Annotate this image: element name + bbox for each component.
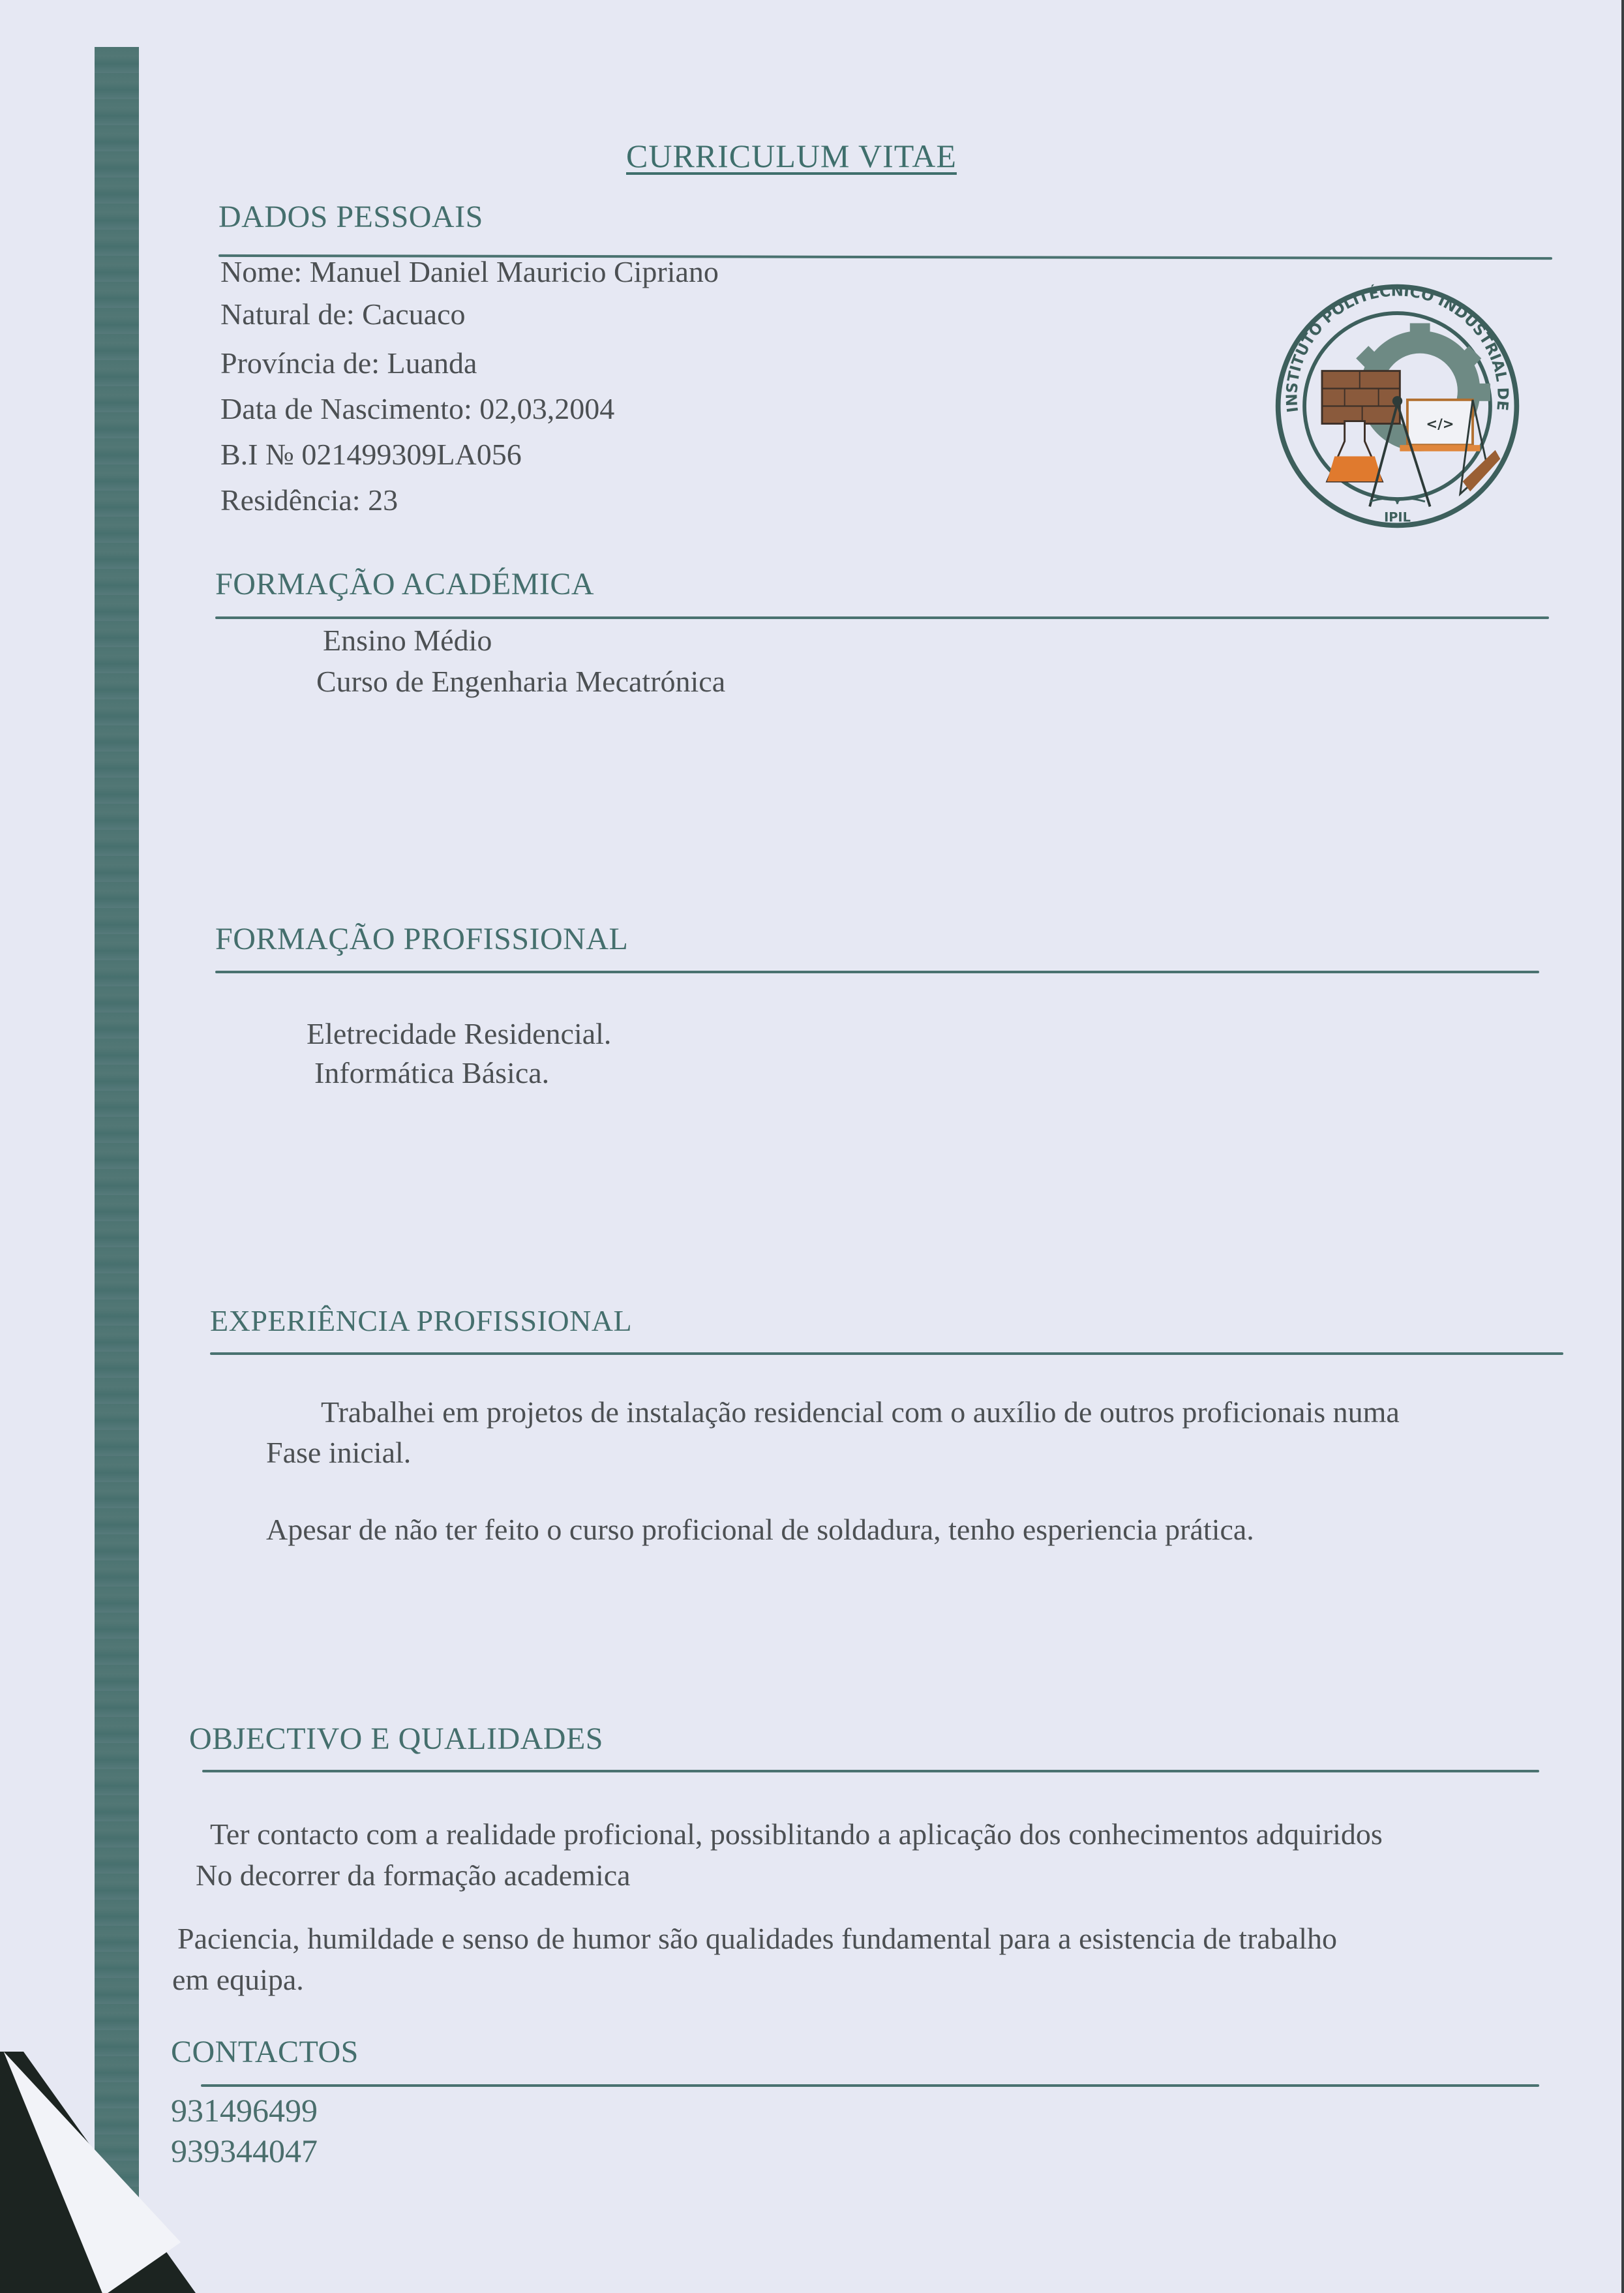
objective-paragraph-line: No decorrer da formação academica xyxy=(196,1858,631,1892)
svg-text:</>: </> xyxy=(1426,416,1454,432)
section-divider xyxy=(201,2084,1539,2087)
personal-residence: Residência: 23 xyxy=(220,483,398,517)
academic-item: Ensino Médio xyxy=(323,623,492,658)
personal-province: Província de: Luanda xyxy=(220,346,477,380)
section-heading-contactos: CONTACTOS xyxy=(171,2034,359,2070)
section-heading-dados-pessoais: DADOS PESSOAIS xyxy=(218,199,483,235)
section-heading-formacao-academica: FORMAÇÃO ACADÉMICA xyxy=(215,566,594,602)
personal-birthdate: Data de Nascimento: 02,03,2004 xyxy=(220,391,614,426)
professional-training-item: Informática Básica. xyxy=(314,1055,549,1090)
section-heading-objectivo-qualidades: OBJECTIVO E QUALIDADES xyxy=(189,1721,603,1757)
experience-paragraph-line: Trabalhei em projetos de instalação resi… xyxy=(321,1395,1400,1429)
experience-paragraph-line: Fase inicial. xyxy=(266,1435,411,1470)
professional-training-item: Eletrecidade Residencial. xyxy=(307,1016,611,1051)
section-divider xyxy=(215,971,1539,973)
qualities-paragraph-line: em equipa. xyxy=(172,1962,304,1997)
decorative-side-bar xyxy=(95,47,139,2293)
personal-id-number: B.I № 021499309LA056 xyxy=(220,437,522,472)
institution-seal-icon: INSTITUTO POLITÉCNICO INDUSTRIAL DE LUAN… xyxy=(1272,281,1523,532)
section-divider xyxy=(202,1770,1539,1772)
personal-birthplace: Natural de: Cacuaco xyxy=(220,297,465,331)
document-title: CURRICULUM VITAE xyxy=(626,137,957,175)
objective-paragraph-line: Ter contacto com a realidade proficional… xyxy=(210,1817,1383,1851)
cv-page: CURRICULUM VITAE DADOS PESSOAIS Nome: Ma… xyxy=(0,0,1624,2293)
svg-text:IPIL: IPIL xyxy=(1384,510,1411,525)
section-heading-experiencia-profissional: EXPERIÊNCIA PROFISSIONAL xyxy=(210,1303,632,1338)
section-divider xyxy=(210,1352,1563,1355)
personal-name: Nome: Manuel Daniel Mauricio Cipriano xyxy=(220,254,719,289)
section-heading-formacao-profissional: FORMAÇÃO PROFISSIONAL xyxy=(215,921,628,957)
qualities-paragraph-line: Paciencia, humildade e senso de humor sã… xyxy=(177,1921,1337,1956)
phone-number: 931496499 xyxy=(171,2091,318,2129)
phone-number: 939344047 xyxy=(171,2132,318,2170)
experience-paragraph: Apesar de não ter feito o curso proficio… xyxy=(266,1512,1254,1547)
section-divider xyxy=(215,616,1549,619)
academic-item: Curso de Engenharia Mecatrónica xyxy=(316,664,725,699)
